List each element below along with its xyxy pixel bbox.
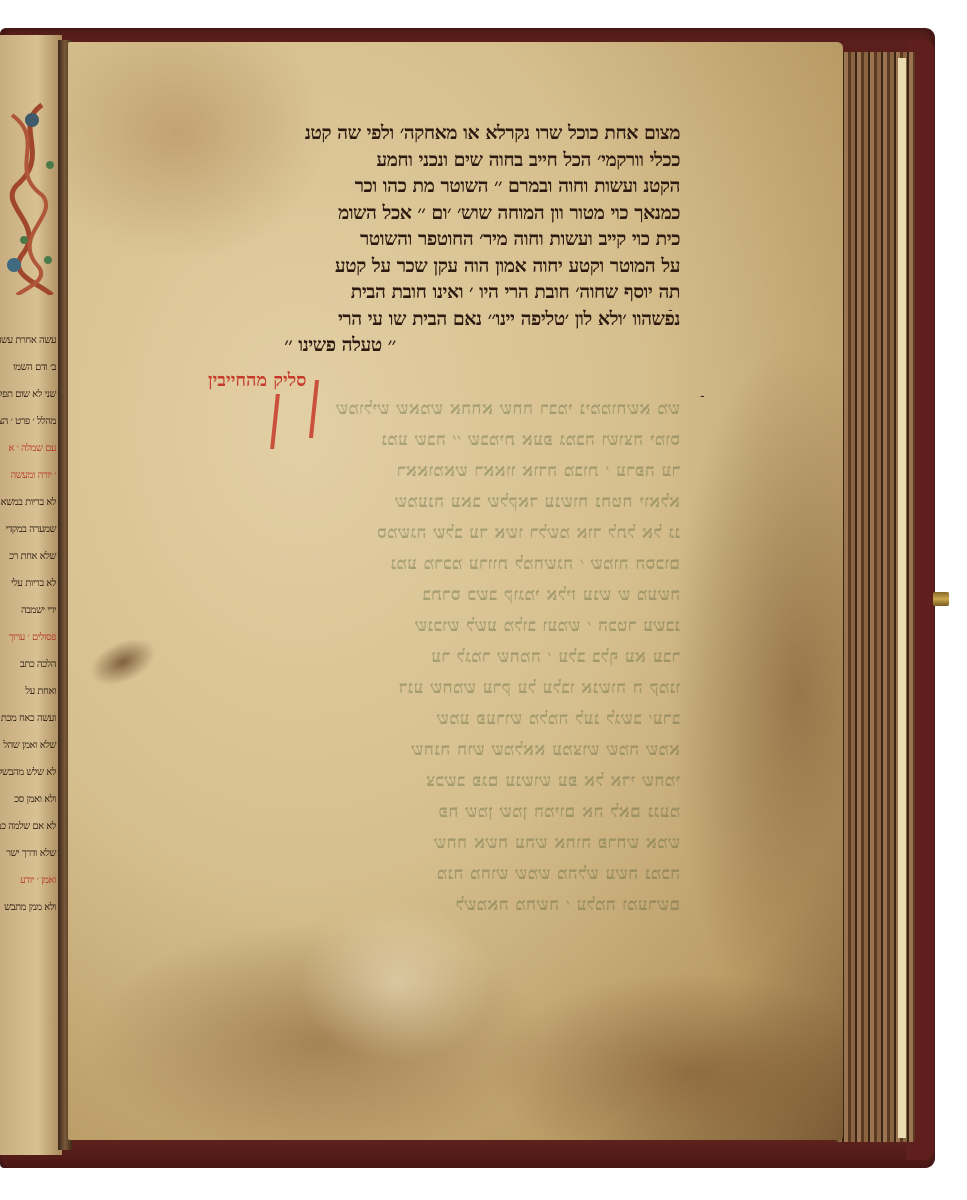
show-through-line: סמשגה שלב עד אשו רלשמ אוד לתל אל גנ — [140, 518, 680, 549]
left-page-sliver: עשה אחרת עשה נזכוב׳ ודם השמושני לא שום ת… — [0, 35, 62, 1155]
show-through-line: מנה מחוש שמש מהלש עשה נמכה — [140, 859, 680, 890]
text-line: תה יוסף שחוה׳ חובת הרי היו ׳ ואינו חובת … — [140, 279, 680, 306]
show-through-line: שמע פערוש מלמה לענ לגשב ׳ערב — [140, 704, 680, 735]
show-through-line: נמע מרכמ ערוות למחשגה ׳ שמוה הסכום — [140, 549, 680, 580]
left-text-line: מהלל ׳ פרט ׳ הצא — [0, 416, 56, 427]
left-text-line: שלא ודרך ישר — [6, 848, 56, 859]
main-text-block: מצום אחת כוכל שרו נקרלא או מאחקה׳ ולפי ש… — [140, 120, 680, 359]
left-text-line: שלא אחת רכ — [9, 551, 56, 562]
left-text-line: ׳ יורה ומעשה — [11, 470, 57, 481]
left-text-line: עם שמלה ׳ א — [8, 443, 56, 454]
text-line: כית כוי קייב ועשות וחוה מיר׳ החוטפר והשו… — [140, 226, 680, 253]
left-text-line: הלכה כתב — [20, 659, 56, 670]
left-text-line: לא בריות במשא — [1, 497, 56, 508]
show-through-line: שמענה עאב שלקאד ענשוח נחטח יואלא — [140, 487, 680, 518]
text-line: הקטנ ועשות וחוה ובמרם ׳׳ השוטר מת כהו וכ… — [140, 173, 680, 200]
brass-clasp-icon — [933, 592, 949, 606]
show-through-text: שמוליש שאמש אהחא שחח רבמי ניממוחשא משנמע… — [140, 394, 680, 921]
endleaf-edge — [898, 58, 906, 1138]
show-through-line: לשמאה מחשה ׳ עלמה ומערשם — [140, 890, 680, 921]
show-through-line: שמוליש שאמש אהחא שחח רבמי ניממוחשא מש — [140, 394, 680, 425]
text-line: מצום אחת כוכל שרו נקרלא או מאחקה׳ ולפי ש… — [140, 120, 680, 147]
left-text-line: שני לא שום תפלות — [0, 389, 56, 400]
show-through-line: שחח אשח עהש אחוה פרחש אמש — [140, 828, 680, 859]
left-text-line: ירי ישמבה — [21, 605, 56, 616]
text-line: כמנאך כוי מטור וון המוחה שוש׳ ׳ום ׳׳ אכל… — [140, 200, 680, 227]
left-text-line: ולא ממן מתבש — [4, 902, 56, 913]
text-line: על המוטר וקטע יחוה אמון הוה עקן שכר על ק… — [140, 253, 680, 280]
show-through-line: צכשב פגם ענשוש עפ אל אדי שחמי — [140, 766, 680, 797]
stain — [298, 902, 498, 1062]
manuscript-page: שמוליש שאמש אהחא שחח רבמי ניממוחשא משנמע… — [68, 42, 843, 1140]
vine-ornament-icon — [2, 95, 60, 295]
show-through-line: שנכוש לשע מלוב ועמש ׳ הכטר עשבנ — [140, 611, 680, 642]
show-through-line: נמע שבה ׳׳ שבמית אעפ גמבה ושוצה ימוס — [140, 425, 680, 456]
red-rubric-heading: סליק מהחייבין — [208, 370, 306, 391]
margin-dash: - — [700, 388, 705, 404]
left-text-line: ועשה כאח מכת — [1, 713, 56, 724]
left-text-line: לא אם שלמה כמו — [0, 821, 56, 832]
show-through-line: בתרס כשב קוגמי אליז ענש ש מעשה — [140, 580, 680, 611]
left-text-line: לא שלש מהבשל — [0, 767, 56, 778]
text-line: ככלי וורקמי׳ הכל חייב בחוה שים ונכני וחמ… — [140, 147, 680, 174]
left-text-line: לא בריות עלי — [11, 578, 56, 589]
stain — [668, 342, 843, 1042]
left-text-line: ולא ואמן סכ — [14, 794, 56, 805]
show-through-line: שחנה חוש שמלאא עמצוש שמה שמא — [140, 735, 680, 766]
show-through-line: ער לגמר שחמה ׳ עלב בלף עא עבר — [140, 642, 680, 673]
left-text-line: שלא ואמן שהל — [3, 740, 56, 751]
left-text-line: ואחת על — [25, 686, 56, 697]
left-text-line: שמערה במקדי — [5, 524, 56, 535]
text-line: ׳׳ טעלה פשינו ׳׳ — [140, 332, 680, 359]
show-through-line: ראאומאש ראאוו אודה מבות ׳ ערפה ער — [140, 456, 680, 487]
text-line: נפשהוו ׳ולא לון ׳טליפה יינו׳׳ נאם הבית ש… — [140, 306, 680, 333]
show-through-line: פח שמן שמן המיום אה לאם נגעמ — [140, 797, 680, 828]
left-text-line: עשה אחרת עשה נזכו — [0, 335, 56, 346]
show-through-line: דנע שחמש ערק על עלבו אנשוה ה קמנו — [140, 673, 680, 704]
left-text-line: פסולים ׳ ערוך — [9, 632, 56, 643]
left-text-line: ואמן ׳ יודע — [20, 875, 56, 886]
left-text-line: ב׳ ודם השמו — [13, 362, 56, 373]
margin-dash: - — [668, 302, 673, 318]
